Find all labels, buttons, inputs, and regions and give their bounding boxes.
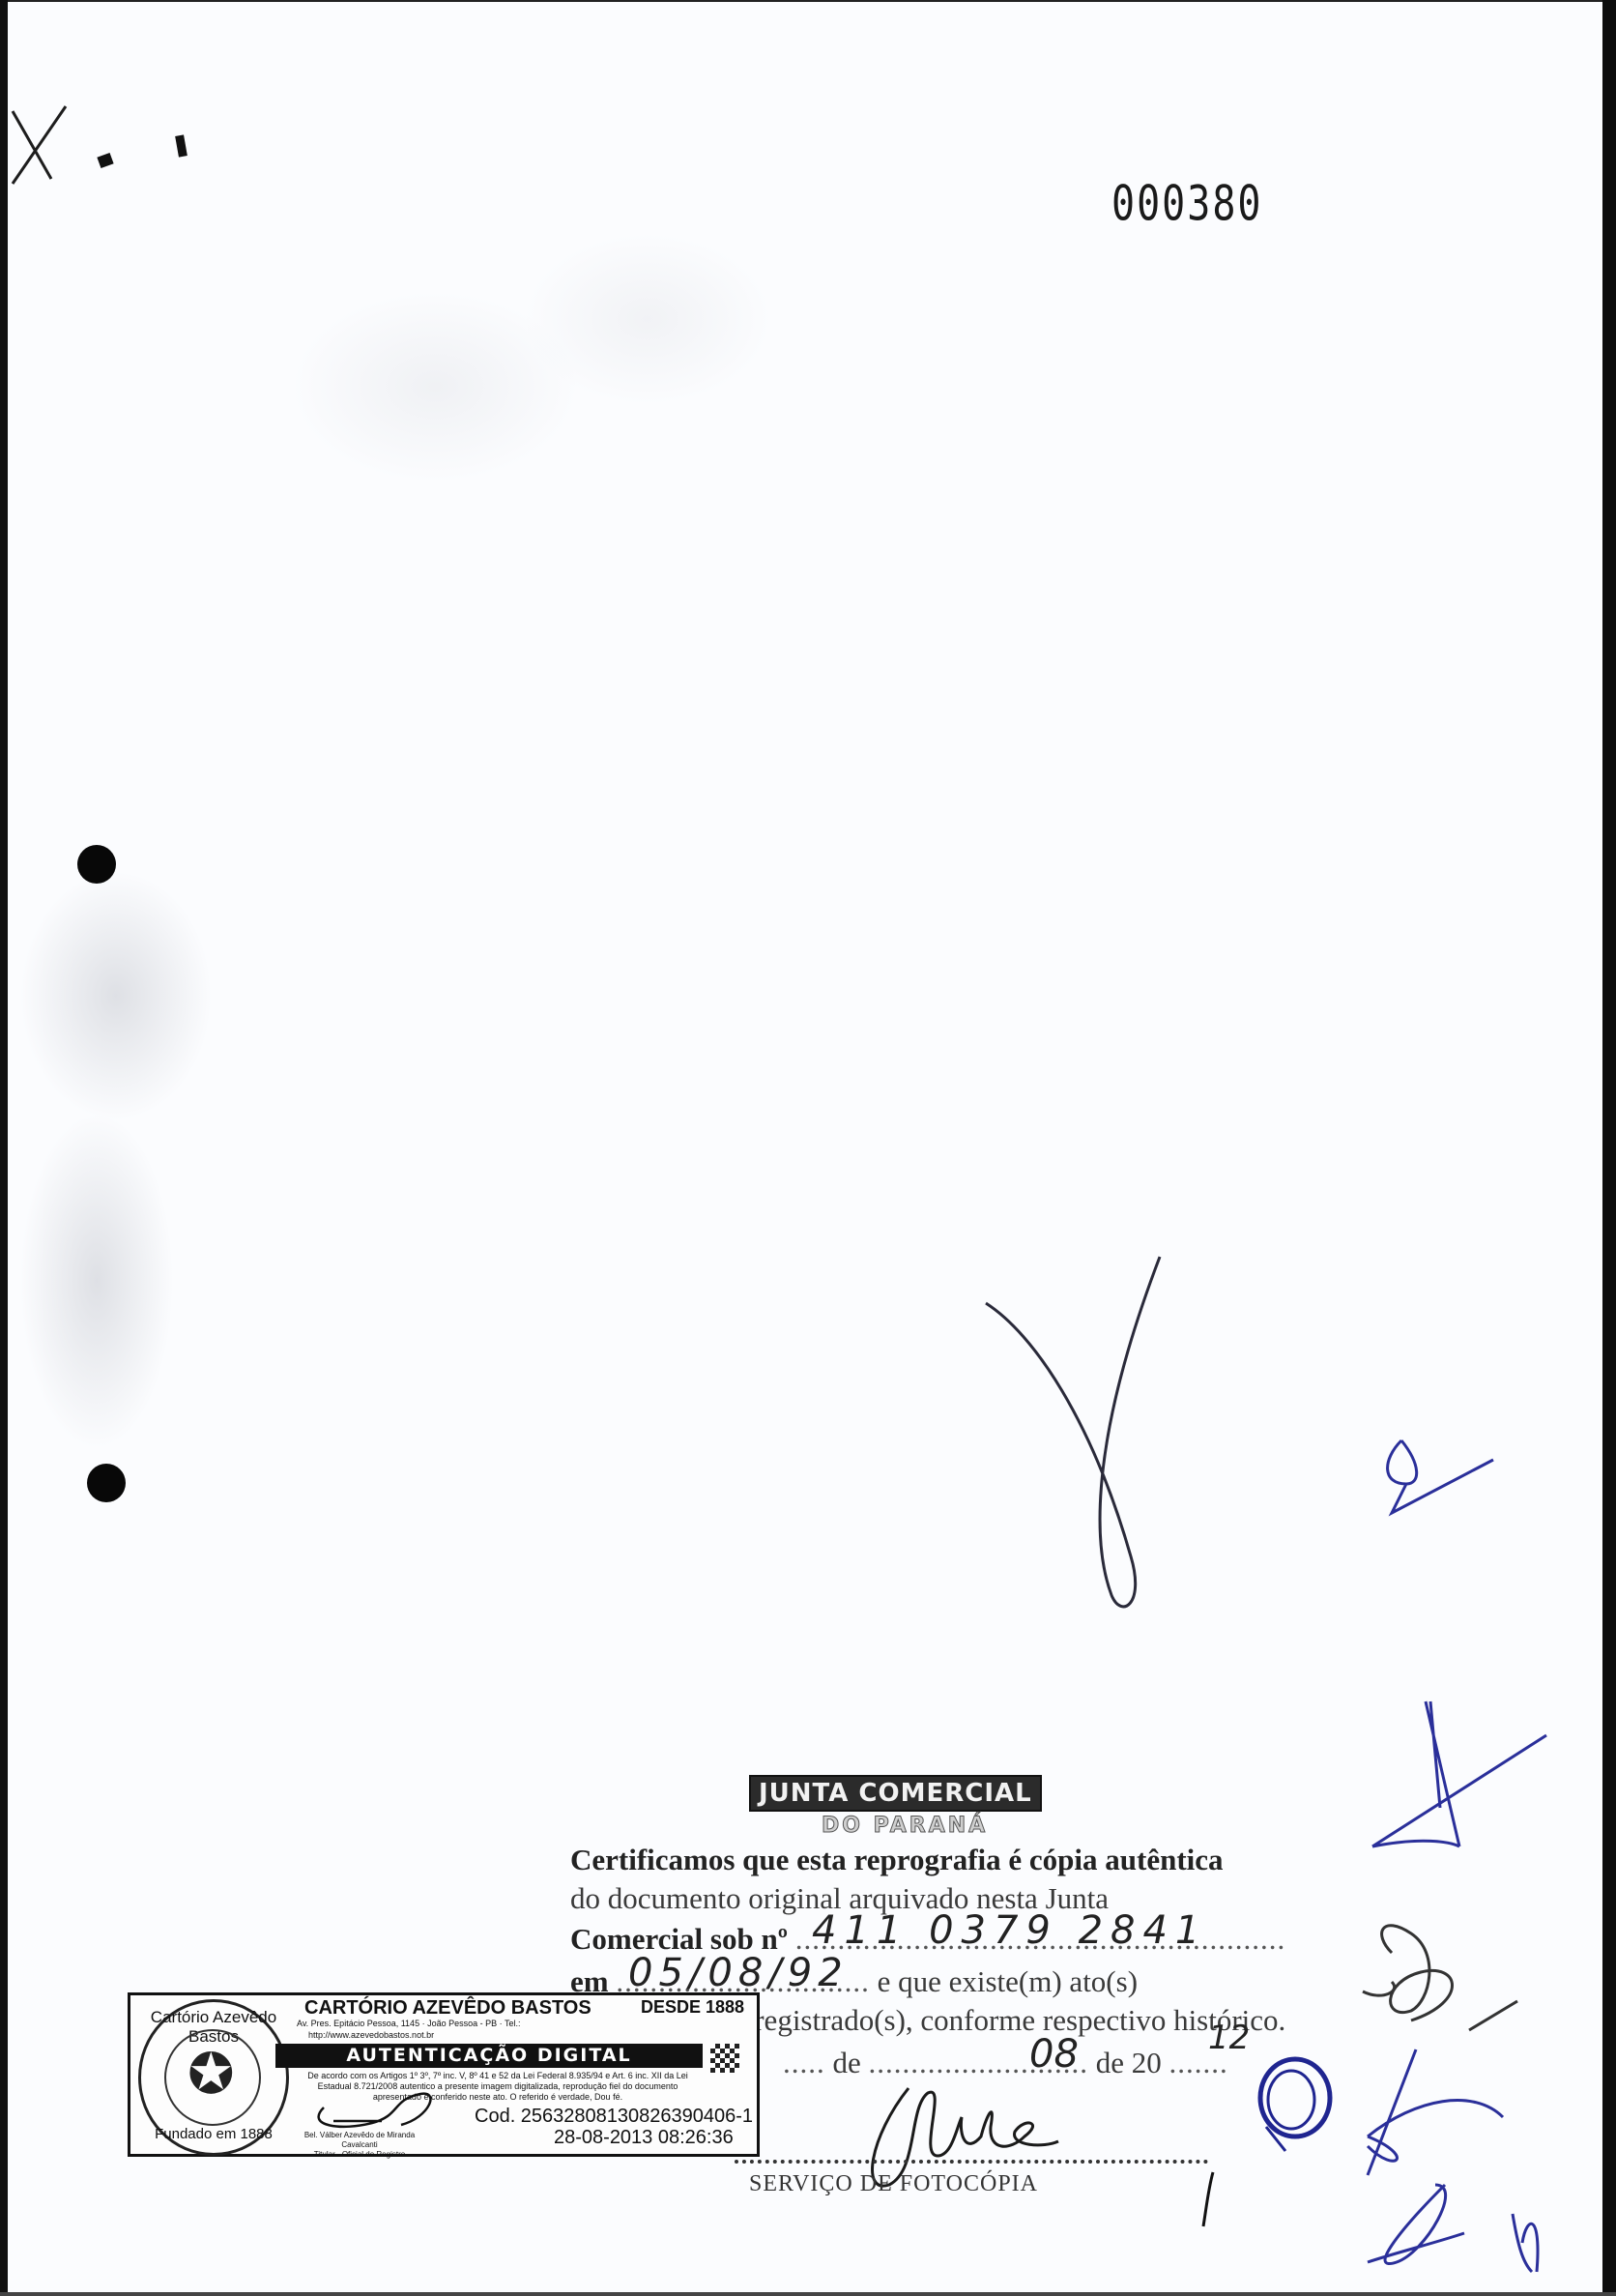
stamp-title: CARTÓRIO AZEVÊDO BASTOS [304, 1997, 592, 2020]
handwritten-x-mark [8, 102, 75, 189]
page-edge-right [1602, 0, 1616, 2296]
scan-smudge [19, 1112, 174, 1450]
page-edge-left [0, 0, 8, 2296]
stamp-datetime: 28-08-2013 08:26:36 [554, 2127, 734, 2149]
black-vertical-stroke [1198, 2170, 1218, 2228]
cert-line-6: ..... de .......................... de 2… [783, 2046, 1228, 2080]
brazil-coat-of-arms-icon: ✪ [188, 2047, 235, 2103]
scan-smudge [522, 232, 773, 406]
stamp-signer: Bel. Válber Azevêdo de Miranda Cavalcant… [287, 2131, 432, 2160]
stamp-since: DESDE 1888 [641, 1997, 744, 2018]
blue-triangle-mark [1363, 1692, 1556, 1856]
stamp-address: Av. Pres. Epitácio Pessoa, 1145 · João P… [297, 2019, 520, 2028]
staple-mark [97, 153, 113, 168]
stamp-code: Cod. 25632808130826390406-1 [475, 2106, 753, 2128]
registration-date: 05/08/92 [628, 1951, 849, 1995]
staple-mark [175, 134, 188, 157]
page-number: 000380 [1111, 176, 1263, 232]
page-edge-bottom [0, 2292, 1616, 2296]
handwritten-loop-mark [976, 1247, 1169, 1614]
cert-month: 08 [1029, 2032, 1079, 2077]
stamp-url: http://www.azevedobastos.not.br [308, 2030, 434, 2040]
punch-hole-bottom [87, 1464, 126, 1502]
punch-hole-top [77, 845, 116, 884]
qr-pattern-icon [710, 2044, 739, 2073]
blue-circle-initial [1247, 2049, 1343, 2156]
cartorio-authentication-stamp: Cartório Azevêdo Bastos ✪ Fundado em 188… [128, 1992, 760, 2157]
junta-subheader: DO PARANÁ [822, 1814, 988, 1838]
page-edge-top [0, 0, 1616, 2]
cert-year: 12 [1208, 2019, 1250, 2057]
service-label: SERVIÇO DE FOTOCÓPIA [749, 2171, 1038, 2197]
blue-initial-mark [1382, 1431, 1498, 1518]
blue-signature-strokes [1358, 2040, 1551, 2272]
registration-number: 411 0379 2841 [812, 1908, 1207, 1953]
seal-text-bottom: Fundado em 1888 [141, 2126, 286, 2142]
junta-header: JUNTA COMERCIAL [749, 1775, 1042, 1812]
stamp-band: AUTENTICAÇÃO DIGITAL [275, 2044, 703, 2068]
cartorio-seal: Cartório Azevêdo Bastos ✪ Fundado em 188… [138, 1999, 289, 2156]
cert-line-1: Certificamos que esta reprografia é cópi… [570, 1843, 1224, 1877]
signature-line [735, 2160, 1208, 2164]
scan-smudge [19, 870, 213, 1121]
stamp-signature [304, 2088, 440, 2133]
seal-emblem: ✪ [164, 2029, 261, 2126]
